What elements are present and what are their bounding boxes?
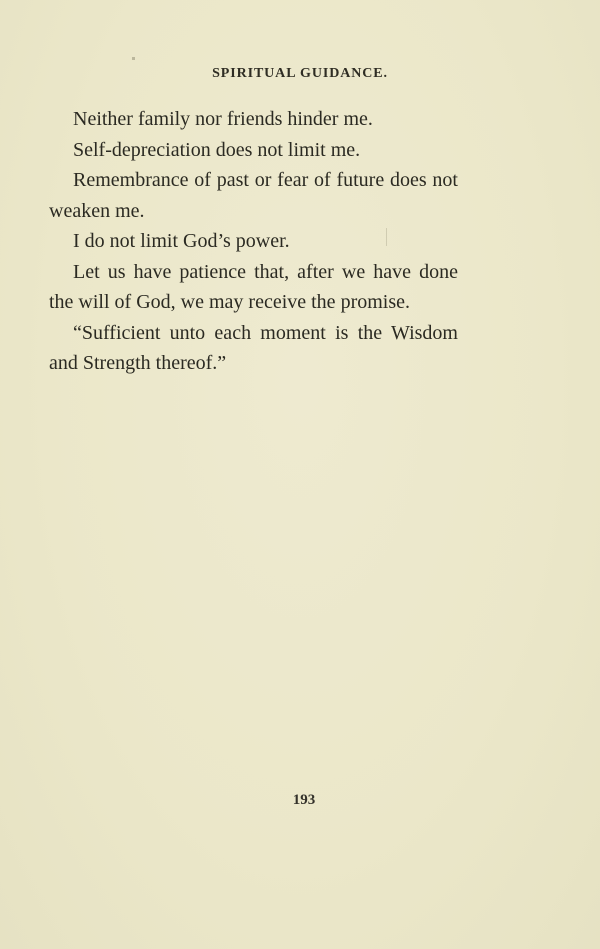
paragraph: “Sufficient unto each moment is the Wisd… xyxy=(49,318,458,379)
paragraph: I do not limit God’s power. xyxy=(49,226,458,257)
running-head: SPIRITUAL GUIDANCE. xyxy=(0,66,600,82)
paragraph: Remembrance of past or fear of future do… xyxy=(49,165,458,226)
book-page: SPIRITUAL GUIDANCE. Neither family nor f… xyxy=(0,0,600,949)
paragraph: Let us have patience that, after we have… xyxy=(49,257,458,318)
ink-speck xyxy=(132,57,135,60)
body-text: Neither family nor friends hinder me. Se… xyxy=(49,104,458,379)
paragraph: Neither family nor friends hinder me. xyxy=(49,104,458,135)
paragraph: Self-depreciation does not limit me. xyxy=(49,135,458,166)
page-number: 193 xyxy=(0,792,600,809)
